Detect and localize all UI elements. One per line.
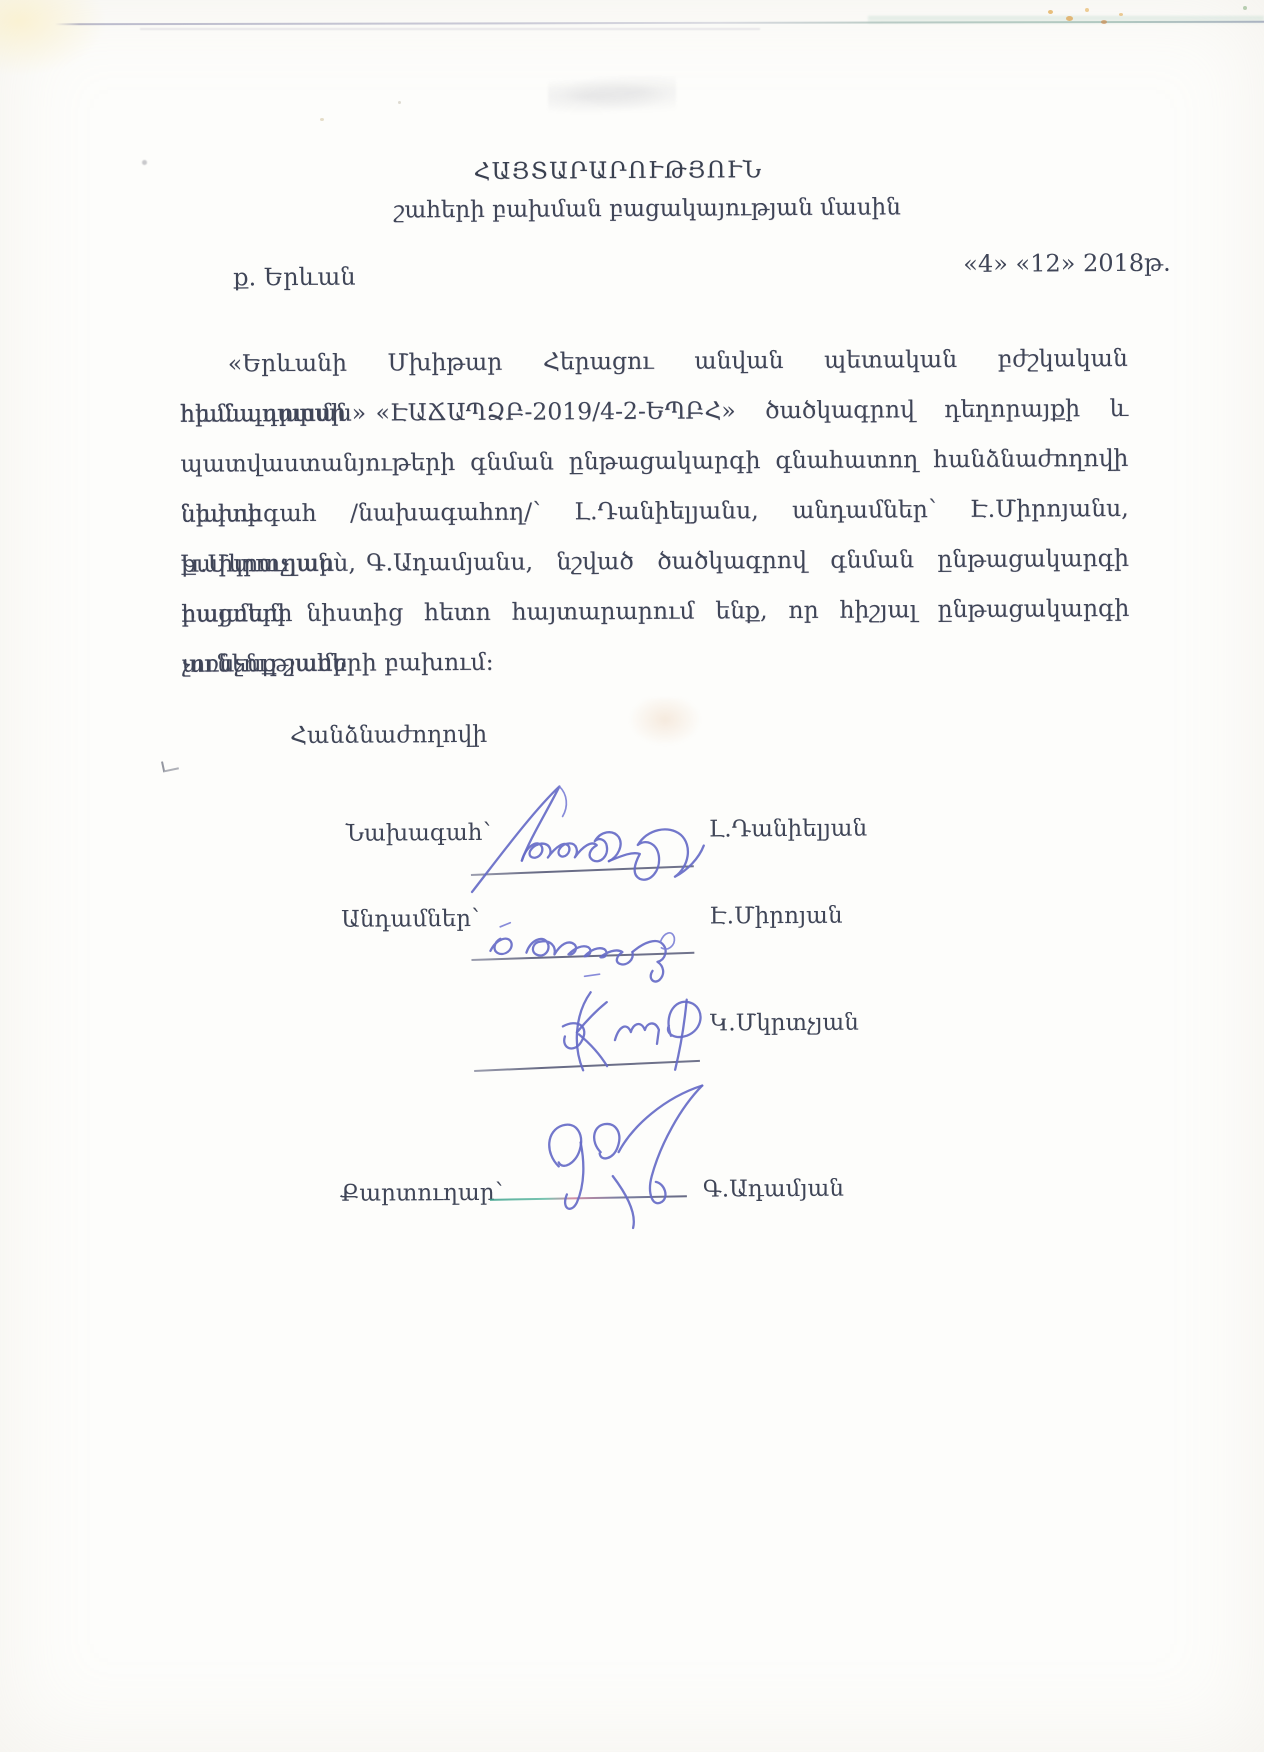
signature-label-secretary: Քարտուղար՝ <box>340 1180 503 1207</box>
paragraph-line: պատվաստանյութերի գնման ընթացակարգի գնահա… <box>180 433 1128 489</box>
commission-heading: Հանձնաժողովի <box>290 720 487 749</box>
document-subtitle: շահերի բախման բացակայության մասին <box>394 194 901 223</box>
paragraph-line: «Երևանի Մխիթար Հերացու անվան պետական բժշ… <box>180 333 1128 389</box>
signature-name-miroyan: Է.Միրոյան <box>709 903 843 930</box>
signature-label-members: Անդամներ՝ <box>341 906 479 933</box>
document-title: ՀԱՅՏԱՐԱՐՈՒԹՅՈՒՆ <box>474 157 763 185</box>
signature-mkrtchyan <box>547 978 713 1084</box>
signature-adamyan <box>524 1080 710 1236</box>
signature-name-adamyan: Գ.Ադամյան <box>703 1176 844 1203</box>
signature-danielyan <box>455 775 716 902</box>
paragraph-line: հիմնադրամի «ԷԱՃԱՊՁԲ-2019/4-2-ԵՊԲՀ» ծածկա… <box>180 383 1128 439</box>
paragraph-line: չունենք շահերի բախում: <box>181 633 1129 689</box>
signature-name-danielyan: Լ.Դանիելյան <box>709 816 868 843</box>
document-content: ՀԱՅՏԱՐԱՐՈՒԹՅՈՒՆ շահերի բախման բացակայութ… <box>0 0 1264 1752</box>
paragraph-line: բացման նիստից հետո հայտարարում ենք, որ հ… <box>181 583 1129 639</box>
paragraph-line: քարտուղար՝ Գ.Ադամյանս, նշված ծածկագրով գ… <box>181 533 1129 589</box>
scanned-document-page: ՀԱՅՏԱՐԱՐՈՒԹՅՈՒՆ շահերի բախման բացակայութ… <box>0 0 1264 1752</box>
signature-name-mkrtchyan: Կ.Մկրտչյան <box>710 1010 859 1037</box>
city-label: ք. Երևան <box>233 263 355 292</box>
paragraph-line: նախագահ /նախագահող/՝ Լ.Դանիելյանս, անդամ… <box>181 483 1129 539</box>
declaration-paragraph: «Երևանի Մխիթար Հերացու անվան պետական բժշ… <box>180 333 1130 689</box>
date-label: «4» «12» 2018թ. <box>963 249 1171 278</box>
